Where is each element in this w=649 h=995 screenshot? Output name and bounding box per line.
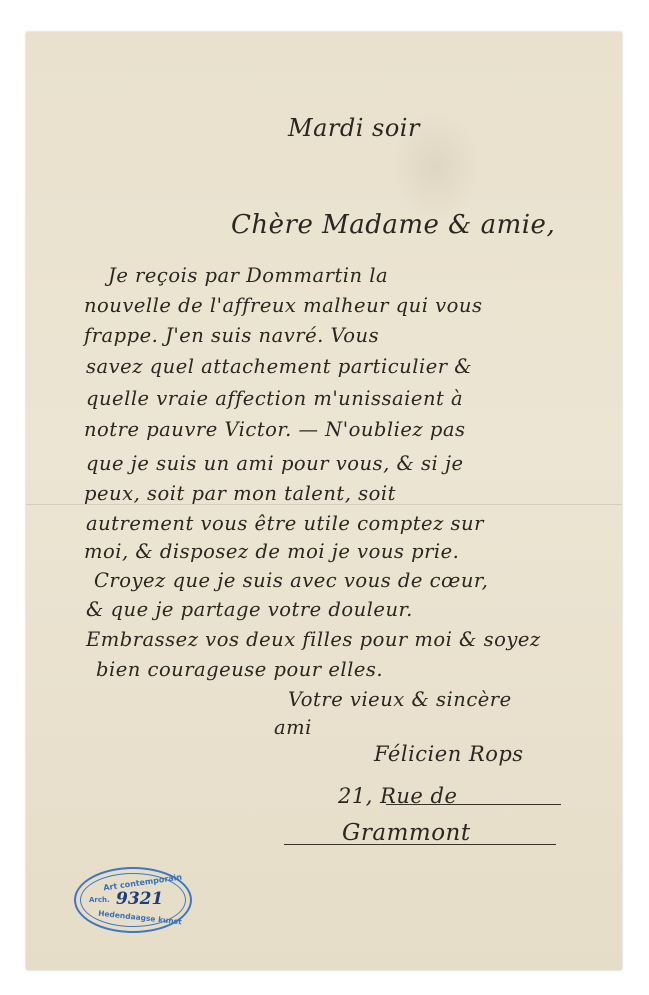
- body-line: peux, soit par mon talent, soit: [84, 482, 396, 505]
- address-underline: [386, 804, 561, 805]
- closing-ami: ami: [274, 716, 312, 739]
- body-line: & que je partage votre douleur.: [86, 598, 413, 621]
- signature: Félicien Rops: [374, 742, 524, 766]
- address-line-2: Grammont: [342, 820, 471, 846]
- stamp-number: 9321: [116, 889, 163, 909]
- body-line: bien courageuse pour elles.: [96, 658, 383, 681]
- body-line: frappe. J'en suis navré. Vous: [84, 324, 379, 347]
- dateline: Mardi soir: [288, 114, 420, 142]
- letter-sheet: Mardi soir Chère Madame & amie, Je reçoi…: [26, 32, 622, 970]
- body-line: Embrassez vos deux filles pour moi & soy…: [86, 628, 541, 651]
- archive-stamp: Art contemporain Arch. 9321 Hedendaagse …: [74, 867, 192, 933]
- stamp-label: Arch.: [89, 896, 110, 904]
- body-line: que je suis un ami pour vous, & si je: [86, 452, 464, 475]
- body-line: moi, & disposez de moi je vous prie.: [84, 540, 459, 563]
- body-line: savez quel attachement particulier &: [86, 355, 472, 378]
- body-line: autrement vous être utile comptez sur: [86, 512, 484, 535]
- body-line: quelle vraie affection m'unissaient à: [86, 387, 463, 410]
- body-line: notre pauvre Victor. — N'oubliez pas: [84, 418, 466, 441]
- closing-line: Votre vieux & sincère: [288, 688, 512, 711]
- signature-flourish: [284, 844, 556, 845]
- body-line: Croyez que je suis avec vous de cœur,: [94, 569, 488, 592]
- salutation: Chère Madame & amie,: [231, 210, 555, 240]
- body-line: Je reçois par Dommartin la: [108, 264, 388, 287]
- body-line: nouvelle de l'affreux malheur qui vous: [84, 294, 482, 317]
